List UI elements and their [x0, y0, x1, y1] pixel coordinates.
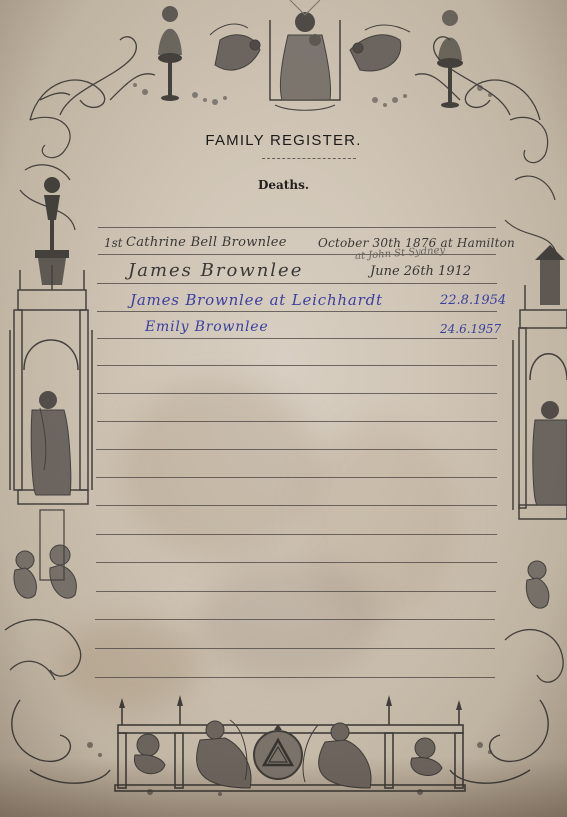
- ruled-line: [96, 591, 496, 592]
- ruled-line: [97, 338, 497, 339]
- left-saint-niche-border-icon: [0, 110, 95, 700]
- top-ornamental-border-icon: [20, 0, 550, 120]
- bottom-ornamental-border-icon: [0, 690, 560, 800]
- entry-4-details: 24.6.1957: [440, 322, 501, 336]
- ruled-line: [96, 477, 497, 478]
- entry-4-name: Emily Brownlee: [145, 319, 268, 335]
- page-title: FAMILY REGISTER.: [0, 132, 567, 149]
- ruled-line: [97, 365, 497, 366]
- paper-stain: [200, 560, 380, 680]
- ruled-line: [98, 227, 496, 228]
- ruled-line: [96, 534, 497, 535]
- entry-2-details: June 26th 1912: [370, 264, 471, 279]
- ruled-line: [95, 619, 495, 620]
- ruled-line: [96, 562, 497, 563]
- ruled-line: [96, 449, 497, 450]
- right-saint-niche-border-icon: [495, 110, 567, 700]
- entry-1-prefix: 1st: [104, 236, 123, 250]
- ruled-line: [97, 421, 497, 422]
- entry-2-name: James Brownlee: [128, 260, 303, 281]
- paper-stain: [120, 380, 320, 560]
- ruled-line: [96, 505, 497, 506]
- entry-3-name: James Brownlee at Leichhardt: [130, 291, 383, 309]
- section-heading-deaths: Deaths.: [0, 178, 567, 192]
- family-register-page: FAMILY REGISTER. Deaths. 1st Cathrine Be…: [0, 0, 567, 817]
- entry-1-name: Cathrine Bell Brownlee: [126, 235, 287, 250]
- ruled-line: [95, 677, 495, 678]
- ruled-line: [97, 311, 497, 312]
- ruled-line: [95, 648, 495, 649]
- entry-3-details: 22.8.1954: [440, 293, 506, 308]
- ruled-line: [97, 393, 497, 394]
- title-divider: [262, 158, 356, 159]
- ruled-line: [97, 283, 497, 284]
